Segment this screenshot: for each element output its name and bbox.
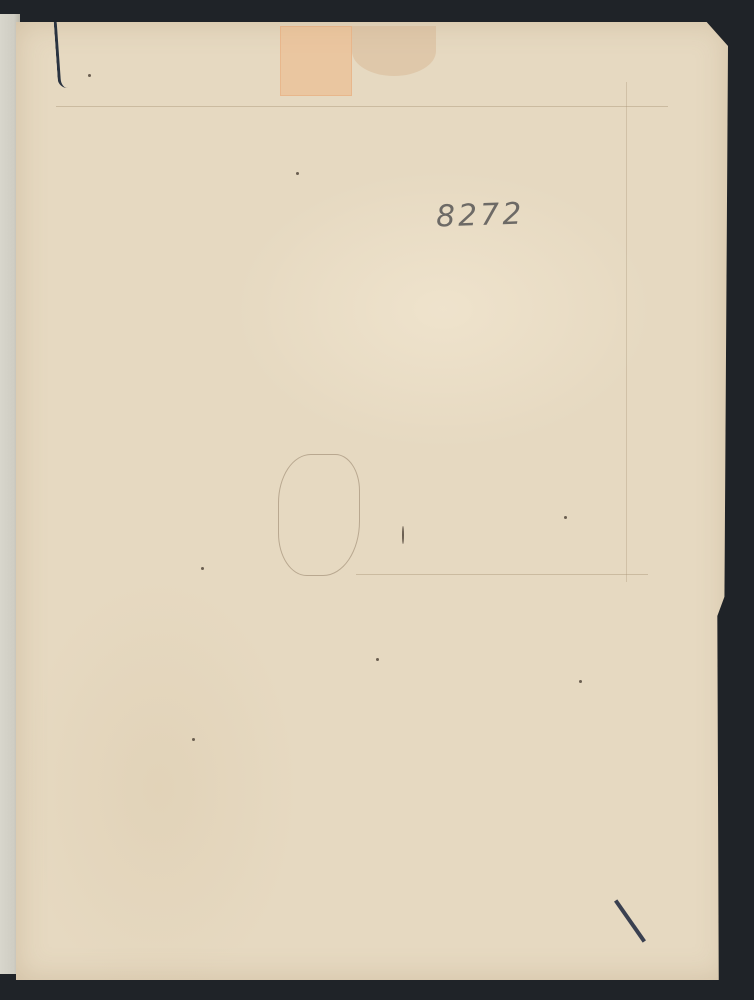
speck bbox=[296, 172, 299, 175]
corner-crease bbox=[614, 899, 646, 942]
speck bbox=[402, 526, 404, 544]
speck bbox=[376, 658, 379, 661]
fold-line bbox=[356, 574, 648, 575]
paper-repair-patch bbox=[278, 454, 360, 576]
speck bbox=[201, 567, 204, 570]
fold-line bbox=[56, 106, 668, 107]
catalog-number: 8272 bbox=[435, 196, 525, 234]
seal-stamp bbox=[280, 26, 352, 96]
speck bbox=[579, 680, 582, 683]
speck bbox=[88, 74, 91, 77]
stain-mark bbox=[352, 26, 436, 76]
speck bbox=[564, 516, 567, 519]
paper-tear bbox=[54, 22, 68, 88]
speck bbox=[192, 738, 195, 741]
paper-page: 8272 bbox=[16, 22, 728, 980]
fold-line bbox=[626, 82, 627, 582]
